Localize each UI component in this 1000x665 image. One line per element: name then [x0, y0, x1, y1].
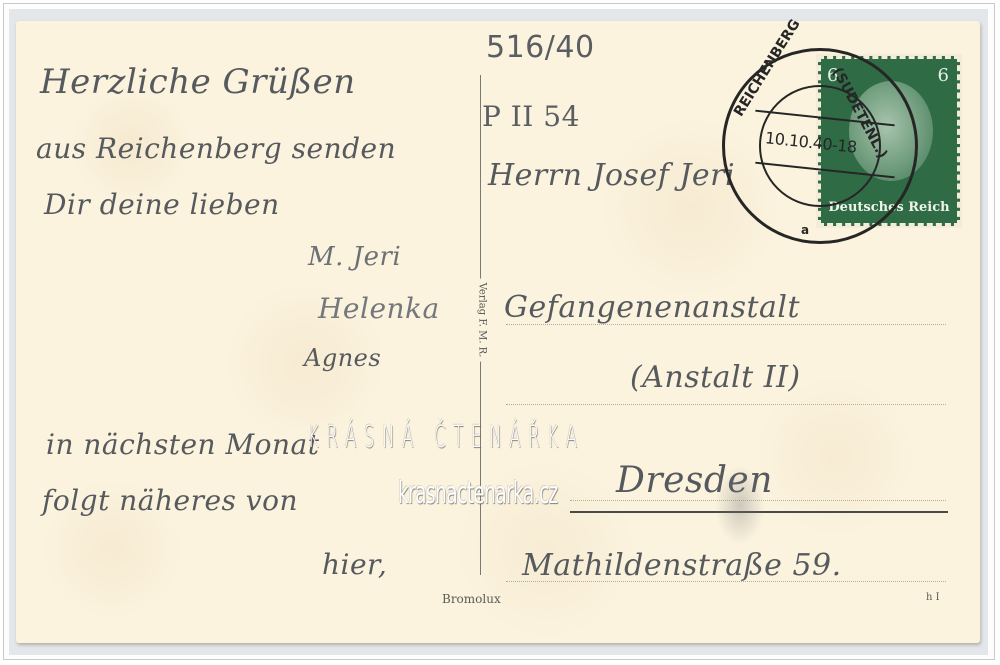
signature-m-jeri: M. Jeri: [308, 242, 401, 272]
address-line-2: [506, 404, 946, 405]
reference-number: 516/40: [486, 30, 595, 65]
recipient-name: Herrn Josef Jeri: [488, 158, 735, 193]
message-line-5: folgt näheres von: [42, 484, 298, 517]
corner-mark: h I: [926, 592, 940, 603]
signature-helenka: Helenka: [318, 292, 440, 325]
stamp-value-right: 6: [938, 65, 949, 86]
message-line-3: Dir deine lieben: [44, 188, 280, 221]
message-line-6: hier,: [322, 548, 387, 581]
publisher-imprint: Verlag F. M. R.: [477, 279, 488, 362]
message-line-2: aus Reichenberg senden: [36, 132, 396, 165]
paper-brand: Bromolux: [442, 592, 501, 606]
reference-code: P II 54: [482, 100, 580, 133]
postmark-letter: a: [801, 223, 809, 237]
address-division: (Anstalt II): [630, 360, 801, 395]
message-line-1: Herzliche Grüßen: [40, 62, 356, 102]
watermark-url: krasnactenarka.cz: [398, 476, 558, 511]
signature-agnes: Agnes: [304, 344, 381, 372]
postmark: 10.10.40-18 REICHENBERG (SUDETENL.) a: [722, 48, 918, 244]
ink-smudge: [715, 465, 765, 545]
message-line-4: in nächsten Monat: [46, 428, 319, 461]
watermark-title: KRÁSNÁ ČTENÁŘKA: [308, 420, 585, 455]
address-institution: Gefangenenanstalt: [504, 290, 800, 325]
address-street: Mathildenstraße 59.: [522, 548, 842, 583]
